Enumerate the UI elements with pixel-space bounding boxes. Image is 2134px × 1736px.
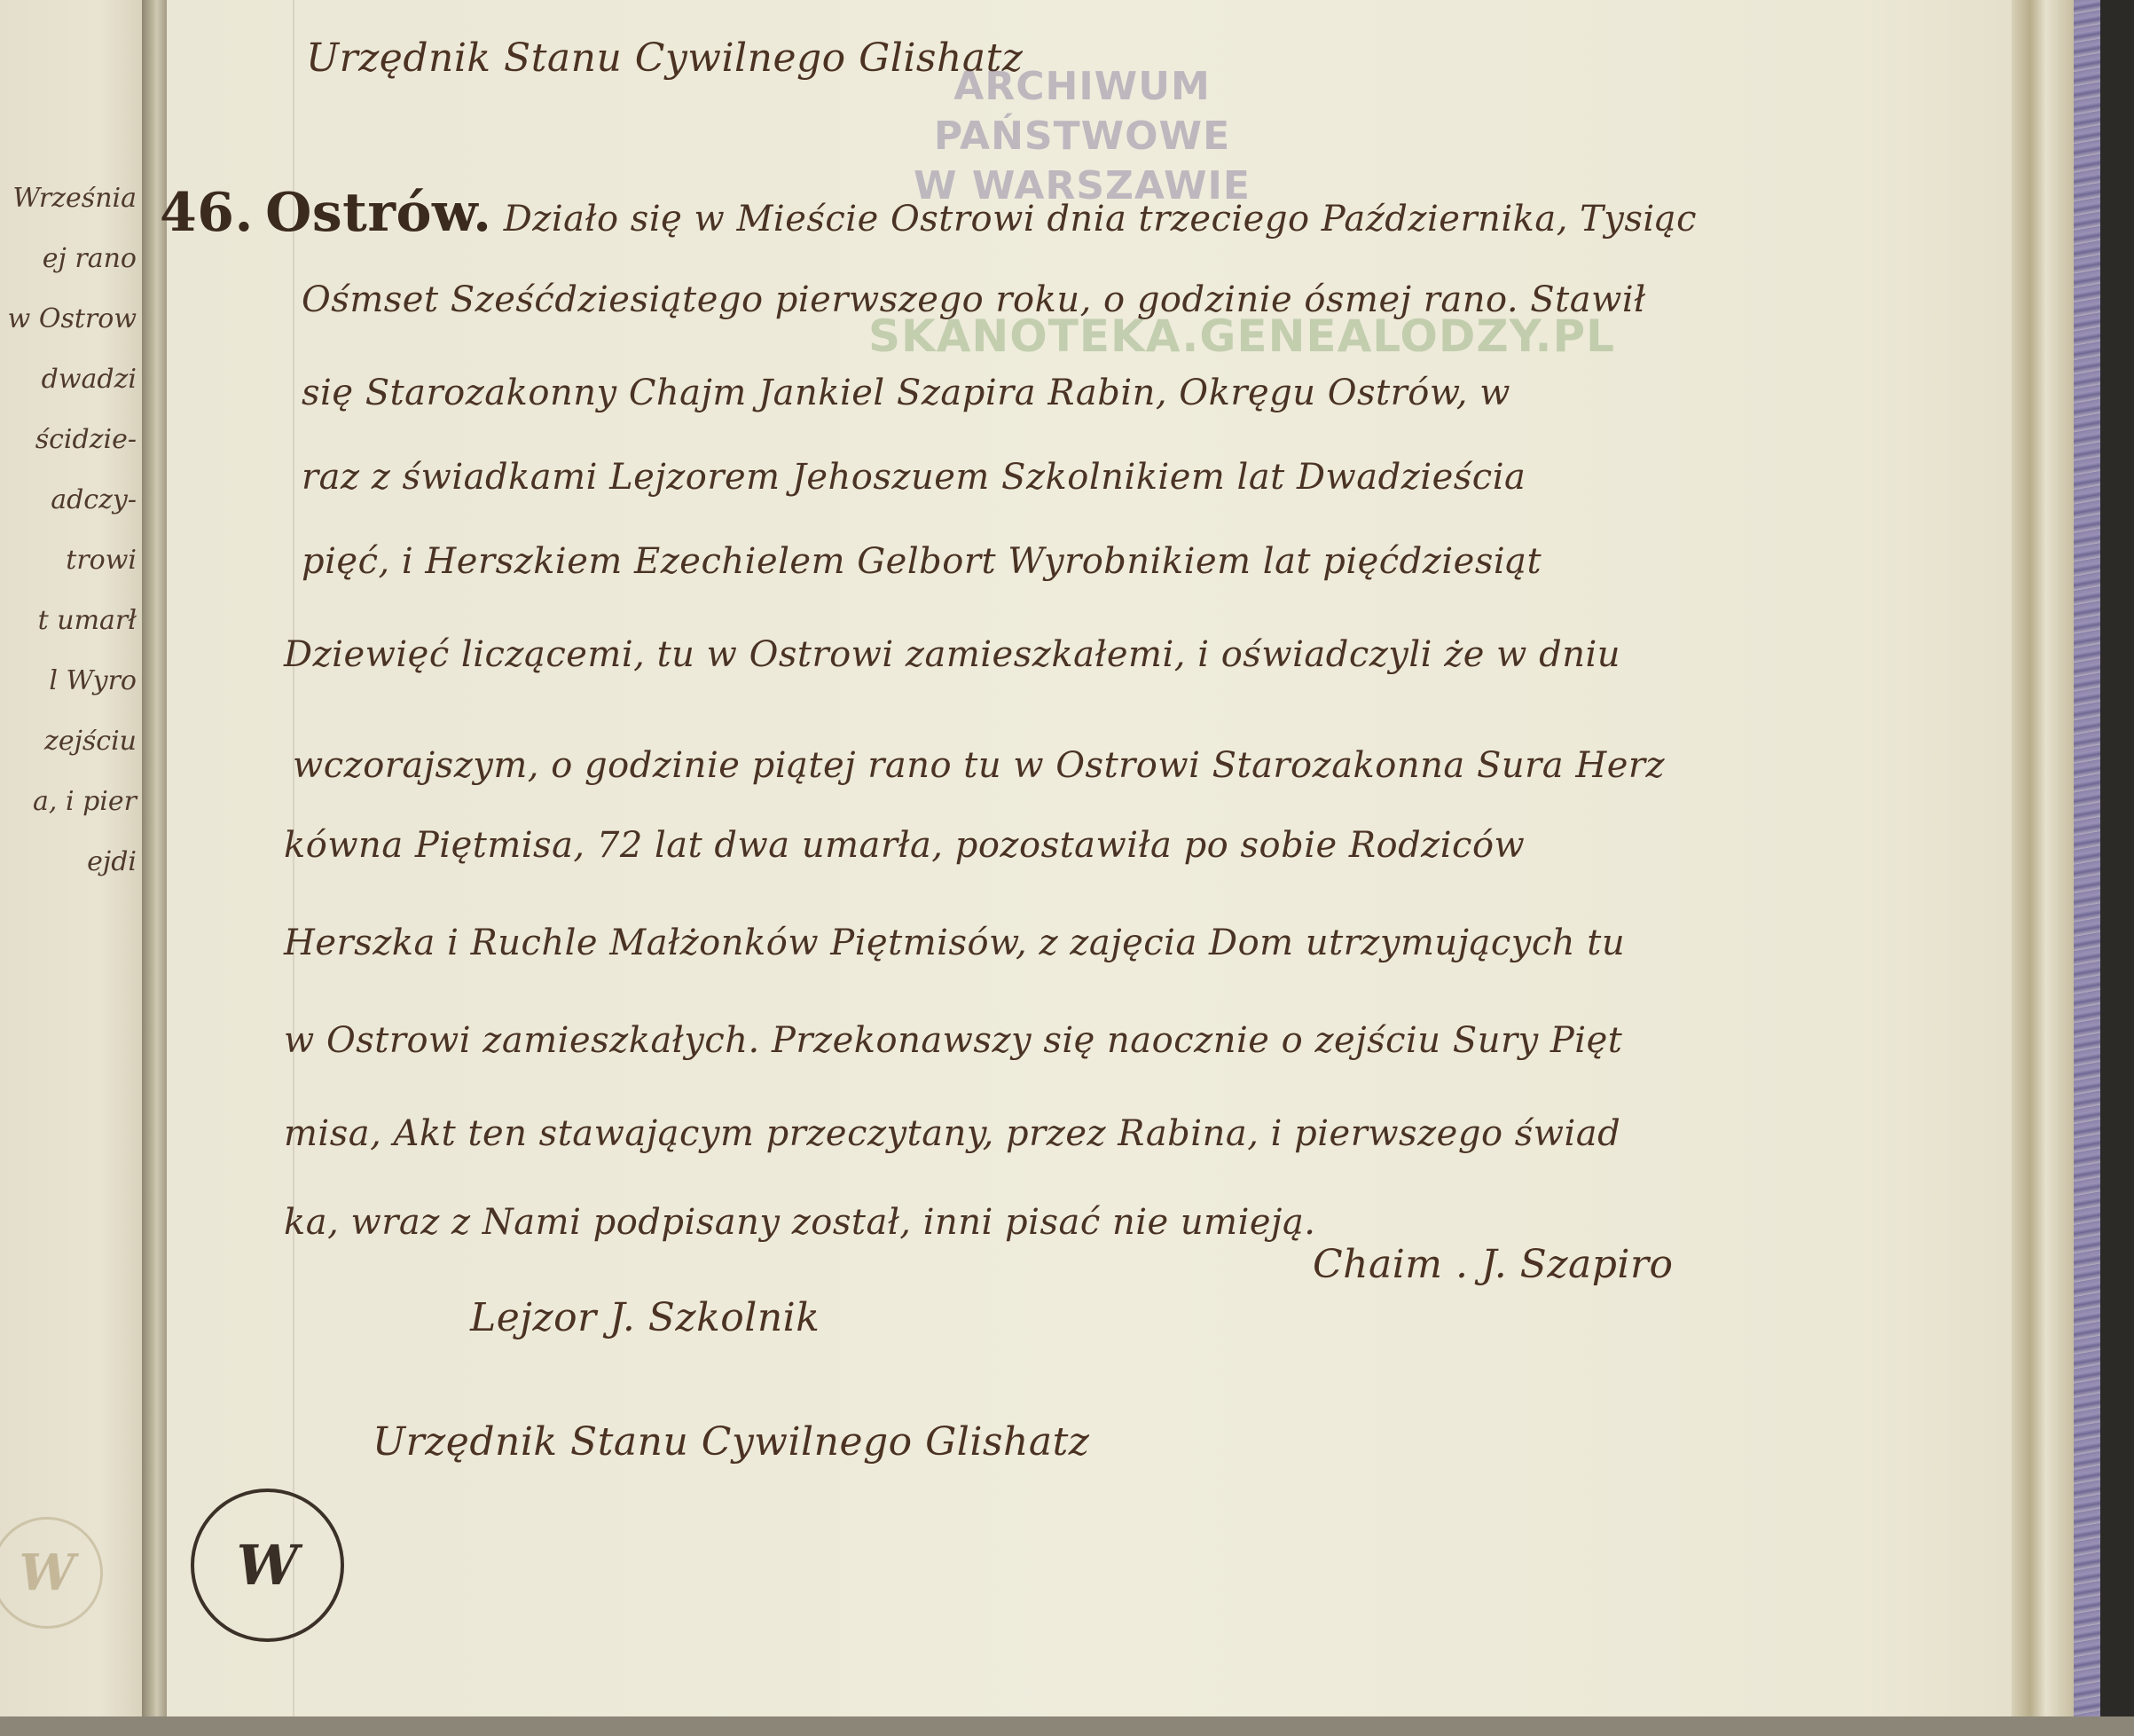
bottom-edge <box>0 1716 2134 1736</box>
witness-signature: Lejzor J. Szkolnik <box>470 1295 820 1340</box>
entry-line: kówna Piętmisa, 72 lat dwa umarła, pozos… <box>284 825 1525 866</box>
book-binding <box>2074 0 2100 1716</box>
header-officer-signature: Urzędnik Stanu Cywilnego Glishatz <box>306 35 1023 81</box>
archive-stamp-icon: W <box>191 1489 344 1642</box>
declarant-signature: Chaim . J. Szapiro <box>1313 1242 1674 1287</box>
entry-line: ka, wraz z Nami podpisany został, inni p… <box>284 1202 1316 1243</box>
left-fragment: a, i pier <box>0 772 142 832</box>
entry-line: Herszka i Ruchle Małżonków Piętmisów, z … <box>284 923 1625 963</box>
entry-line: Dziewięć liczącemi, tu w Ostrowi zamiesz… <box>284 634 1620 675</box>
entry-first-line: 46. Ostrów. Działo się w Mieście Ostrowi… <box>160 182 1697 244</box>
entry-line: wczorajszym, o godzinie piątej rano tu w… <box>293 745 1665 786</box>
left-page-text: Września ej rano w Ostrow dwadzi ścidzie… <box>0 169 142 892</box>
left-fragment: dwadzi <box>0 350 142 410</box>
entry-number: 46. <box>160 182 254 244</box>
left-fragment: Września <box>0 169 142 229</box>
entry-line: się Starozakonny Chajm Jankiel Szapira R… <box>302 373 1510 413</box>
entry-line: pięć, i Herszkiem Ezechielem Gelbort Wyr… <box>302 541 1542 582</box>
book-gutter <box>142 0 167 1716</box>
officer-signature: Urzędnik Stanu Cywilnego Glishatz <box>373 1419 1089 1465</box>
entry-line: Ośmset Sześćdziesiątego pierwszego roku,… <box>302 279 1646 320</box>
stamp-label: W <box>237 1533 299 1598</box>
entry-place: Ostrów. <box>265 182 491 244</box>
left-fragment: l Wyro <box>0 651 142 711</box>
stamp-label: W <box>20 1544 75 1602</box>
left-fragment: ścidzie- <box>0 410 142 470</box>
entry-line: raz z świadkami Lejzorem Jehoszuem Szkol… <box>302 457 1526 498</box>
left-page: Września ej rano w Ostrow dwadzi ścidzie… <box>0 0 142 1716</box>
entry-line: Działo się w Mieście Ostrowi dnia trzeci… <box>504 199 1697 240</box>
page-fold <box>2012 0 2074 1716</box>
left-fragment: w Ostrow <box>0 289 142 350</box>
entry-line: w Ostrowi zamieszkałych. Przekonawszy si… <box>284 1020 1622 1061</box>
left-fragment: trowi <box>0 530 142 591</box>
document-scan: Września ej rano w Ostrow dwadzi ścidzie… <box>0 0 2134 1736</box>
left-fragment: t umarł <box>0 591 142 651</box>
left-fragment: adczy- <box>0 470 142 530</box>
left-fragment: ejdi <box>0 832 142 892</box>
entry-line: misa, Akt ten stawającym przeczytany, pr… <box>284 1113 1620 1154</box>
left-fragment: ej rano <box>0 229 142 289</box>
left-fragment: zejściu <box>0 711 142 772</box>
